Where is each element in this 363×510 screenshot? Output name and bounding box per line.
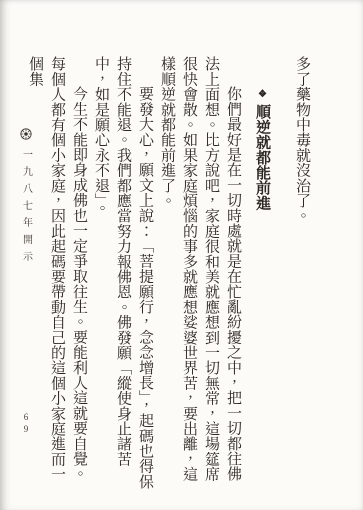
text-body: 多了藥物中毒就沒治了。 ❖順逆就都能前進 你們最好是在一切時處就是在忙亂紛擾之中… <box>24 56 313 493</box>
paragraph-3: 今生不能即身成佛也一定爭取往生。要能利人這就要自覺。每個人都有個小家庭，因此起碼… <box>24 56 90 493</box>
section-marker-icon: ❖ <box>257 89 268 104</box>
section-title: 順逆就都能前進 <box>254 104 270 210</box>
paragraph-2: 要發大心，願文上說：「菩提願行，念念增長」，起碼也得保持住不能退。我們都應當努力… <box>90 56 156 493</box>
paragraph-1: 你們最好是在一切時處就是在忙亂紛擾之中，把一切都往佛法上面想。比方說吧，家庭很和… <box>156 56 244 493</box>
continuation-paragraph: 多了藥物中毒就沒治了。 <box>291 56 313 493</box>
section-heading: ❖順逆就都能前進 <box>251 56 273 493</box>
book-page: 一九八七年開示 69 多了藥物中毒就沒治了。 ❖順逆就都能前進 你們最好是在一切… <box>0 0 363 510</box>
